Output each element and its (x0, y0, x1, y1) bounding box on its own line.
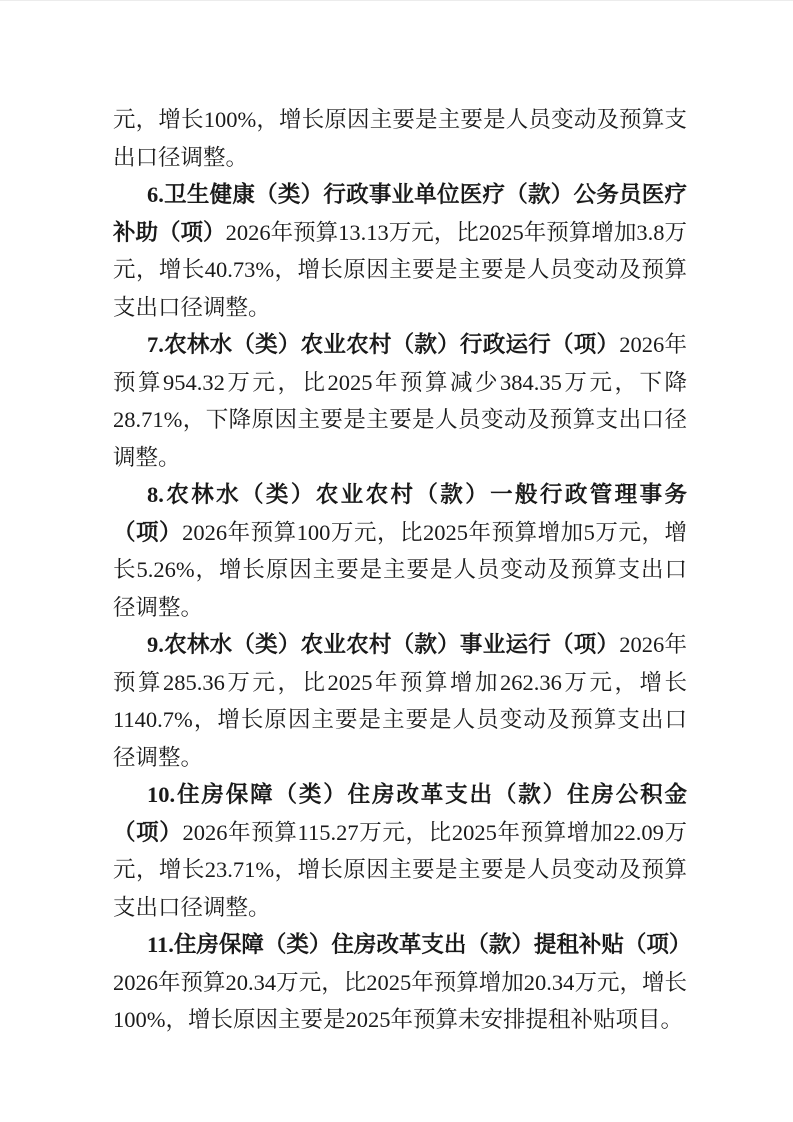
budget-paragraph: 8.农林水（类）农业农村（款）一般行政管理事务（项）2026年预算100万元，比… (113, 476, 687, 626)
document-body: 元，增长100%，增长原因主要是主要是人员变动及预算支出口径调整。 6.卫生健康… (113, 101, 687, 1039)
budget-item-heading: 11.住房保障（类）住房改革支出（款）提租补贴（项） (147, 932, 691, 957)
budget-item-heading: 9.农林水（类）农业农村（款）事业运行（项） (147, 632, 619, 657)
budget-paragraph: 10.住房保障（类）住房改革支出（款）住房公积金（项）2026年预算115.27… (113, 776, 687, 926)
budget-item-body: 元，增长100%，增长原因主要是主要是人员变动及预算支出口径调整。 (113, 107, 687, 170)
budget-item-body: 2026年预算20.34万元，比2025年预算增加20.34万元，增长100%，… (113, 970, 687, 1033)
budget-paragraph: 9.农林水（类）农业农村（款）事业运行（项）2026年预算285.36万元，比2… (113, 626, 687, 776)
budget-paragraph: 11.住房保障（类）住房改革支出（款）提租补贴（项）2026年预算20.34万元… (113, 926, 687, 1039)
budget-paragraph: 6.卫生健康（类）行政事业单位医疗（款）公务员医疗补助（项）2026年预算13.… (113, 176, 687, 326)
budget-paragraph: 元，增长100%，增长原因主要是主要是人员变动及预算支出口径调整。 (113, 101, 687, 176)
budget-item-body: 2026年预算115.27万元，比2025年预算增加22.09万元，增长23.7… (113, 820, 687, 920)
budget-item-body: 2026年预算100万元，比2025年预算增加5万元，增长5.26%，增长原因主… (113, 520, 687, 620)
document-page: 元，增长100%，增长原因主要是主要是人员变动及预算支出口径调整。 6.卫生健康… (0, 0, 793, 1122)
budget-item-heading: 7.农林水（类）农业农村（款）行政运行（项） (147, 332, 619, 357)
budget-paragraph: 7.农林水（类）农业农村（款）行政运行（项）2026年预算954.32万元，比2… (113, 326, 687, 476)
